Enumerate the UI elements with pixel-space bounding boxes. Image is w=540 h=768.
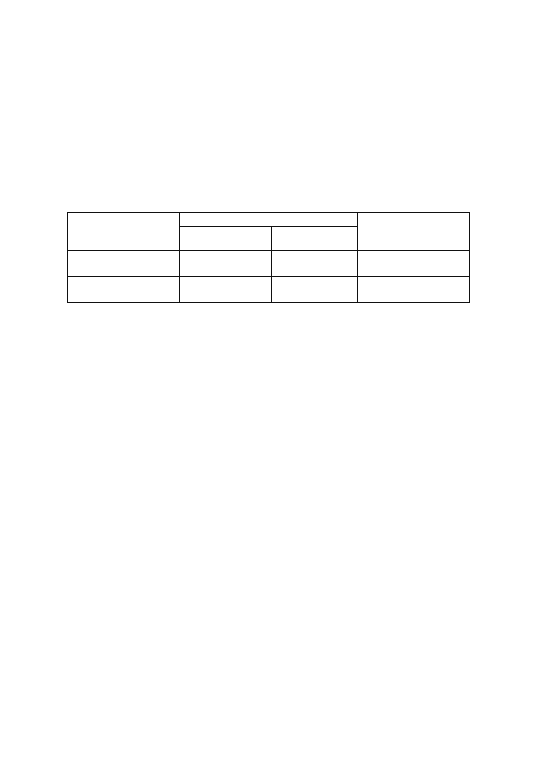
table-row <box>68 277 470 303</box>
table-row <box>68 251 470 277</box>
header-dc-reverse <box>272 227 358 251</box>
header-ac <box>358 213 470 251</box>
header-dc-straight <box>179 227 272 251</box>
header-electrodes <box>68 213 180 251</box>
cell-ac <box>358 277 470 303</box>
cell-dc-reverse <box>272 251 358 277</box>
header-dc <box>179 213 358 227</box>
power-table <box>67 212 470 303</box>
cell-dc-straight <box>179 251 272 277</box>
cell-ac <box>358 251 470 277</box>
cell-dc-reverse <box>272 277 358 303</box>
watermark <box>0 692 540 768</box>
row-name <box>68 277 180 303</box>
sun-icon <box>0 692 540 768</box>
row-name <box>68 251 180 277</box>
cell-dc-straight <box>179 277 272 303</box>
